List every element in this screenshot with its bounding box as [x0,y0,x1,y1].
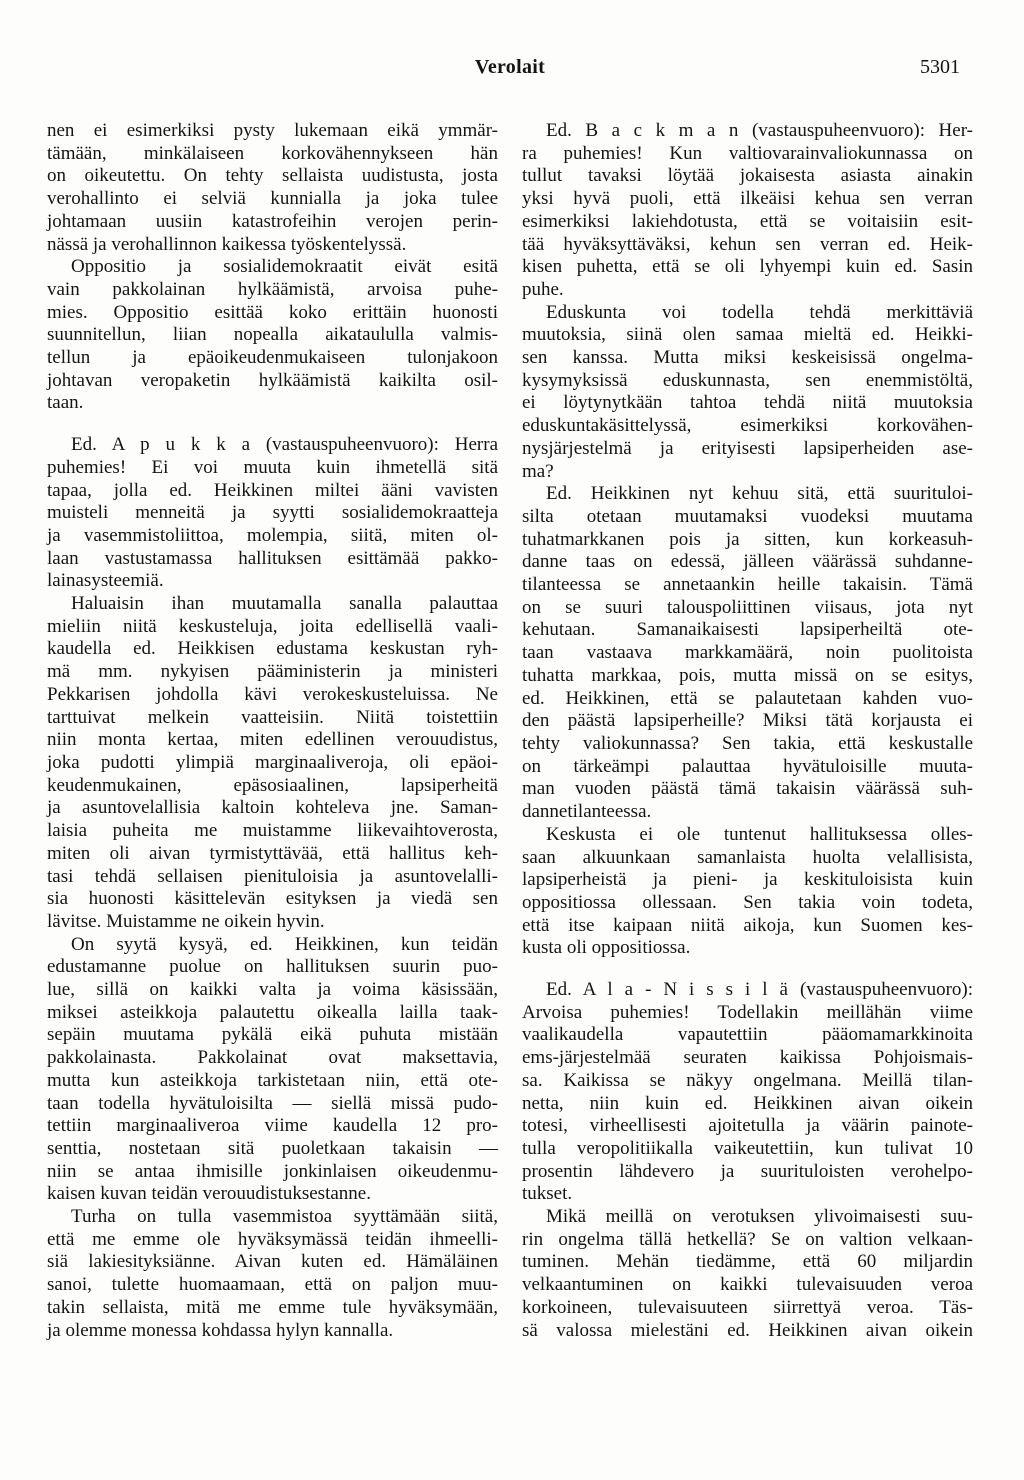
text-line: muisteli menneitä ja syytti sosialidemok… [47,502,498,525]
text-line: ei löytynytkään tahtoa tehdä niitä muuto… [522,392,973,415]
text-line: sen kanssa. Mutta miksi keskeisissä onge… [522,347,973,370]
text-line: johtavan veropaketin hylkäämistä kaikilt… [47,370,498,393]
text-line: korkoineen, tulevaisuuteen siirrettyä ve… [522,1297,973,1320]
text-line: ja olemme monessa kohdassa hylyn kannall… [47,1320,498,1343]
text-line: Haluaisin ihan muutamalla sanalla palaut… [47,593,498,616]
text-line: miten oli aivan tyrmistyttävää, että hal… [47,843,498,866]
text-line: puhe. [522,279,973,302]
paragraph: nen ei esimerkiksi pysty lukemaan eikä y… [47,120,498,256]
text-line: sä valossa mielestäni ed. Heikkinen aiva… [522,1320,973,1343]
paragraph: On syytä kysyä, ed. Heikkinen, kun teidä… [47,934,498,1206]
text-line: laan vastustamassa hallituksen esittämää… [47,548,498,571]
text-line: netta, niin kuin ed. Heikkinen aivan oik… [522,1093,973,1116]
document-page: Verolait 5301 nen ei esimerkiksi pysty l… [0,0,1024,1480]
text-line: edustamanne puolue on hallituksen suurin… [47,956,498,979]
text-line: tarttuivat melkein vaatteisiin. Niitä to… [47,707,498,730]
text-line: ra puhemies! Kun valtiovarainvaliokunnas… [522,143,973,166]
text-line: rin ongelma tällä hetkellä? Se on valtio… [522,1229,973,1252]
text-line: den päästä lapsiperheille? Miksi tätä ko… [522,710,973,733]
text-line: tehty valiokunnassa? Sen takia, että kes… [522,733,973,756]
text-line: joka pudotti ylimpiä marginaaliveroja, o… [47,752,498,775]
text-line: Ed. A l a - N i s s i l ä (vastauspuheen… [522,979,973,1002]
text-line: keudenmukainen, epäsosiaalinen, lapsiper… [47,775,498,798]
text-line: oppositiossa ollessaan. Sen takia voin t… [522,892,973,915]
text-line: tukset. [522,1183,973,1206]
text-line: tää hyväksyttäväksi, kehun sen verran ed… [522,234,973,257]
text-line: Ed. B a c k m a n (vastauspuheenvuoro): … [522,120,973,143]
text-line: ja asuntovelallisia kaltoin kohteleva jn… [47,797,498,820]
text-line: on se suuri talouspoliittinen viisaus, j… [522,597,973,620]
text-line: sa. Kaikissa se näkyy ongelmana. Meillä … [522,1070,973,1093]
text-line: lainasysteemiä. [47,570,498,593]
text-line: ja vasemmistoliittoa, molempia, siitä, m… [47,525,498,548]
paragraph: Mikä meillä on verotuksen ylivoimaisesti… [522,1206,973,1342]
text-line: velkaantuminen on kaikki tulevaisuuden v… [522,1274,973,1297]
text-column-right: Ed. B a c k m a n (vastauspuheenvuoro): … [522,120,973,1342]
text-line: ems-järjestelmää seuraten kaikissa Pohjo… [522,1047,973,1070]
text-line: on tärkeämpi palauttaa hyvätuloisille mu… [522,756,973,779]
text-line: mutta kun asteikkoja tarkistetaan niin, … [47,1070,498,1093]
text-line: taan. [47,392,498,415]
text-line: tasi tehdä sellaisen pienituloisia ja as… [47,866,498,889]
text-line: kisen puhetta, että se oli lyhyempi kuin… [522,256,973,279]
text-line: lävitse. Muistamme ne oikein hyvin. [47,911,498,934]
text-line: kehutaan. Samanaikaisesti lapsiperheiltä… [522,619,973,642]
text-line: sanoi, tulette huomaamaan, että on paljo… [47,1274,498,1297]
page-header: Verolait 5301 [47,56,973,80]
text-line: verohallinto ei selviä kunnialla ja joka… [47,188,498,211]
text-line: muutoksia, siinä olen samaa mieltä ed. H… [522,324,973,347]
text-line: vain pakkolainan hylkäämistä, arvoisa pu… [47,279,498,302]
text-line: johtamaan uusiin katastrofeihin verojen … [47,211,498,234]
text-line: ed. Heikkinen, että se palautetaan kahde… [522,688,973,711]
text-line: Turha on tulla vasemmistoa syyttämään si… [47,1206,498,1229]
text-line: yksi hyvä puoli, että ilkeäisi kehua sen… [522,188,973,211]
text-line: eduskuntakäsittelyssä, esimerkiksi korko… [522,415,973,438]
text-line: sia huonosti käsittelevän esityksen ja v… [47,888,498,911]
text-line: tuhatmarkkanen pois ja sitten, kun korke… [522,529,973,552]
paragraph: Oppositio ja sosialidemokraatit eivät es… [47,256,498,415]
text-line: tullut tavaksi löytää jokaisesta asiasta… [522,165,973,188]
page-number: 5301 [920,56,960,79]
paragraph: Keskusta ei ole tuntenut hallituksessa o… [522,824,973,960]
text-line: man vuoden päästä tämä takaisin väärässä… [522,778,973,801]
text-line: Mikä meillä on verotuksen ylivoimaisesti… [522,1206,973,1229]
text-line: laisia puheita me muistamme liikevaihtov… [47,820,498,843]
text-line: kaudella ed. Heikkisen edustama keskusta… [47,638,498,661]
text-line: on oikeutettu. On tehty sellaista uudist… [47,165,498,188]
text-line: miksei asteikkoja palautettu oikealla la… [47,1002,498,1025]
text-line: takin sellaista, mitä me emme tule hyväk… [47,1297,498,1320]
text-line: lapsiperheistä ja pieni- ja keskituloisi… [522,869,973,892]
text-line: totesi, virheellisesti ajoitetulla ja vä… [522,1115,973,1138]
text-line: kaisen kuvan teidän verouudistuksestanne… [47,1183,498,1206]
paragraph: Ed. Heikkinen nyt kehuu sitä, että suuri… [522,483,973,824]
text-line: mieliin niitä keskusteluja, joita edelli… [47,616,498,639]
text-line: tapaa, jolla ed. Heikkinen miltei ääni v… [47,480,498,503]
text-line: Ed. A p u k k a (vastauspuheenvuoro): He… [47,434,498,457]
text-line: kusta oli oppositiossa. [522,937,973,960]
text-line: mä mm. nykyisen pääministerin ja ministe… [47,661,498,684]
text-line: kysymyksissä eduskunnasta, sen enemmistö… [522,370,973,393]
text-line: tellun ja epäoikeudenmukaiseen tulonjako… [47,347,498,370]
text-line: tuhatta markkaa, pois, mutta missä on se… [522,665,973,688]
text-line: senttia, nostetaan sitä puoletkaan takai… [47,1138,498,1161]
text-line: dannetilanteessa. [522,801,973,824]
text-line: esimerkiksi lakiehdotusta, että se voita… [522,211,973,234]
text-line: ma? [522,461,973,484]
text-line: prosentin lähdevero ja suurituloisten ve… [522,1161,973,1184]
text-line: pakkolainasta. Pakkolainat ovat maksetta… [47,1047,498,1070]
text-line: niin se antaa ihmisille jonkinlaisen oik… [47,1161,498,1184]
text-line: että itse kaipaan niitä aikoja, kun Suom… [522,915,973,938]
paragraph: Eduskunta voi todella tehdä merkittäviäm… [522,302,973,484]
text-line: Keskusta ei ole tuntenut hallituksessa o… [522,824,973,847]
text-line: sepäin muutama pykälä eikä puhuta mistää… [47,1024,498,1047]
text-line: vaalikaudella vapautettiin pääomamarkkin… [522,1024,973,1047]
paragraph: Ed. B a c k m a n (vastauspuheenvuoro): … [522,120,973,302]
text-line: puhemies! Ei voi muuta kuin ihmetellä si… [47,457,498,480]
text-line: Eduskunta voi todella tehdä merkittäviä [522,302,973,325]
text-line: Ed. Heikkinen nyt kehuu sitä, että suuri… [522,483,973,506]
text-line: Oppositio ja sosialidemokraatit eivät es… [47,256,498,279]
text-line: tettiin marginaaliveroa viime kaudella 1… [47,1115,498,1138]
text-column-left: nen ei esimerkiksi pysty lukemaan eikä y… [47,120,498,1342]
text-line: nysjärjestelmä ja erityisesti lapsiperhe… [522,438,973,461]
text-line: nässä ja verohallinnon kaikessa työskent… [47,234,498,257]
paragraph: Ed. A p u k k a (vastauspuheenvuoro): He… [47,434,498,593]
text-line: danne taas on edessä, jälleen väärässä s… [522,551,973,574]
text-line: mies. Oppositio esittää koko erittäin hu… [47,302,498,325]
text-line: suunnitellun, liian nopealla aikataulull… [47,324,498,347]
text-line: tulla veropolitiikalla vaikeutettiin, ku… [522,1138,973,1161]
text-line: Arvoisa puhemies! Todellakin meillähän v… [522,1002,973,1025]
text-line: tuminen. Mehän tiedämme, että 60 miljard… [522,1251,973,1274]
text-line: nen ei esimerkiksi pysty lukemaan eikä y… [47,120,498,143]
paragraph: Haluaisin ihan muutamalla sanalla palaut… [47,593,498,934]
text-line: tilanteessa se annetaankin heille takais… [522,574,973,597]
text-line: siä lakiesityksiänne. Aivan kuten ed. Hä… [47,1251,498,1274]
text-line: saan alkuunkaan samanlaista huolta velal… [522,847,973,870]
text-line: että me emme ole hyväksymässä teidän ihm… [47,1229,498,1252]
paragraph: Ed. A l a - N i s s i l ä (vastauspuheen… [522,979,973,1206]
text-line: niin monta kertaa, miten edellinen verou… [47,729,498,752]
text-line: Pekkarisen johdolla kävi verokeskustelui… [47,684,498,707]
text-line: On syytä kysyä, ed. Heikkinen, kun teidä… [47,934,498,957]
paragraph: Turha on tulla vasemmistoa syyttämään si… [47,1206,498,1342]
text-line: taan vastaava markkamäärä, noin puolitoi… [522,642,973,665]
text-line: lue, sillä on kaikki valta ja voima käsi… [47,979,498,1002]
text-line: silta otetaan muutamaksi vuodeksi muutam… [522,506,973,529]
text-columns: nen ei esimerkiksi pysty lukemaan eikä y… [47,120,973,1342]
page-title: Verolait [47,56,973,79]
text-line: tämään, minkälaiseen korkovähennykseen h… [47,143,498,166]
text-line: taan todella hyvätuloisilta — siellä mis… [47,1093,498,1116]
